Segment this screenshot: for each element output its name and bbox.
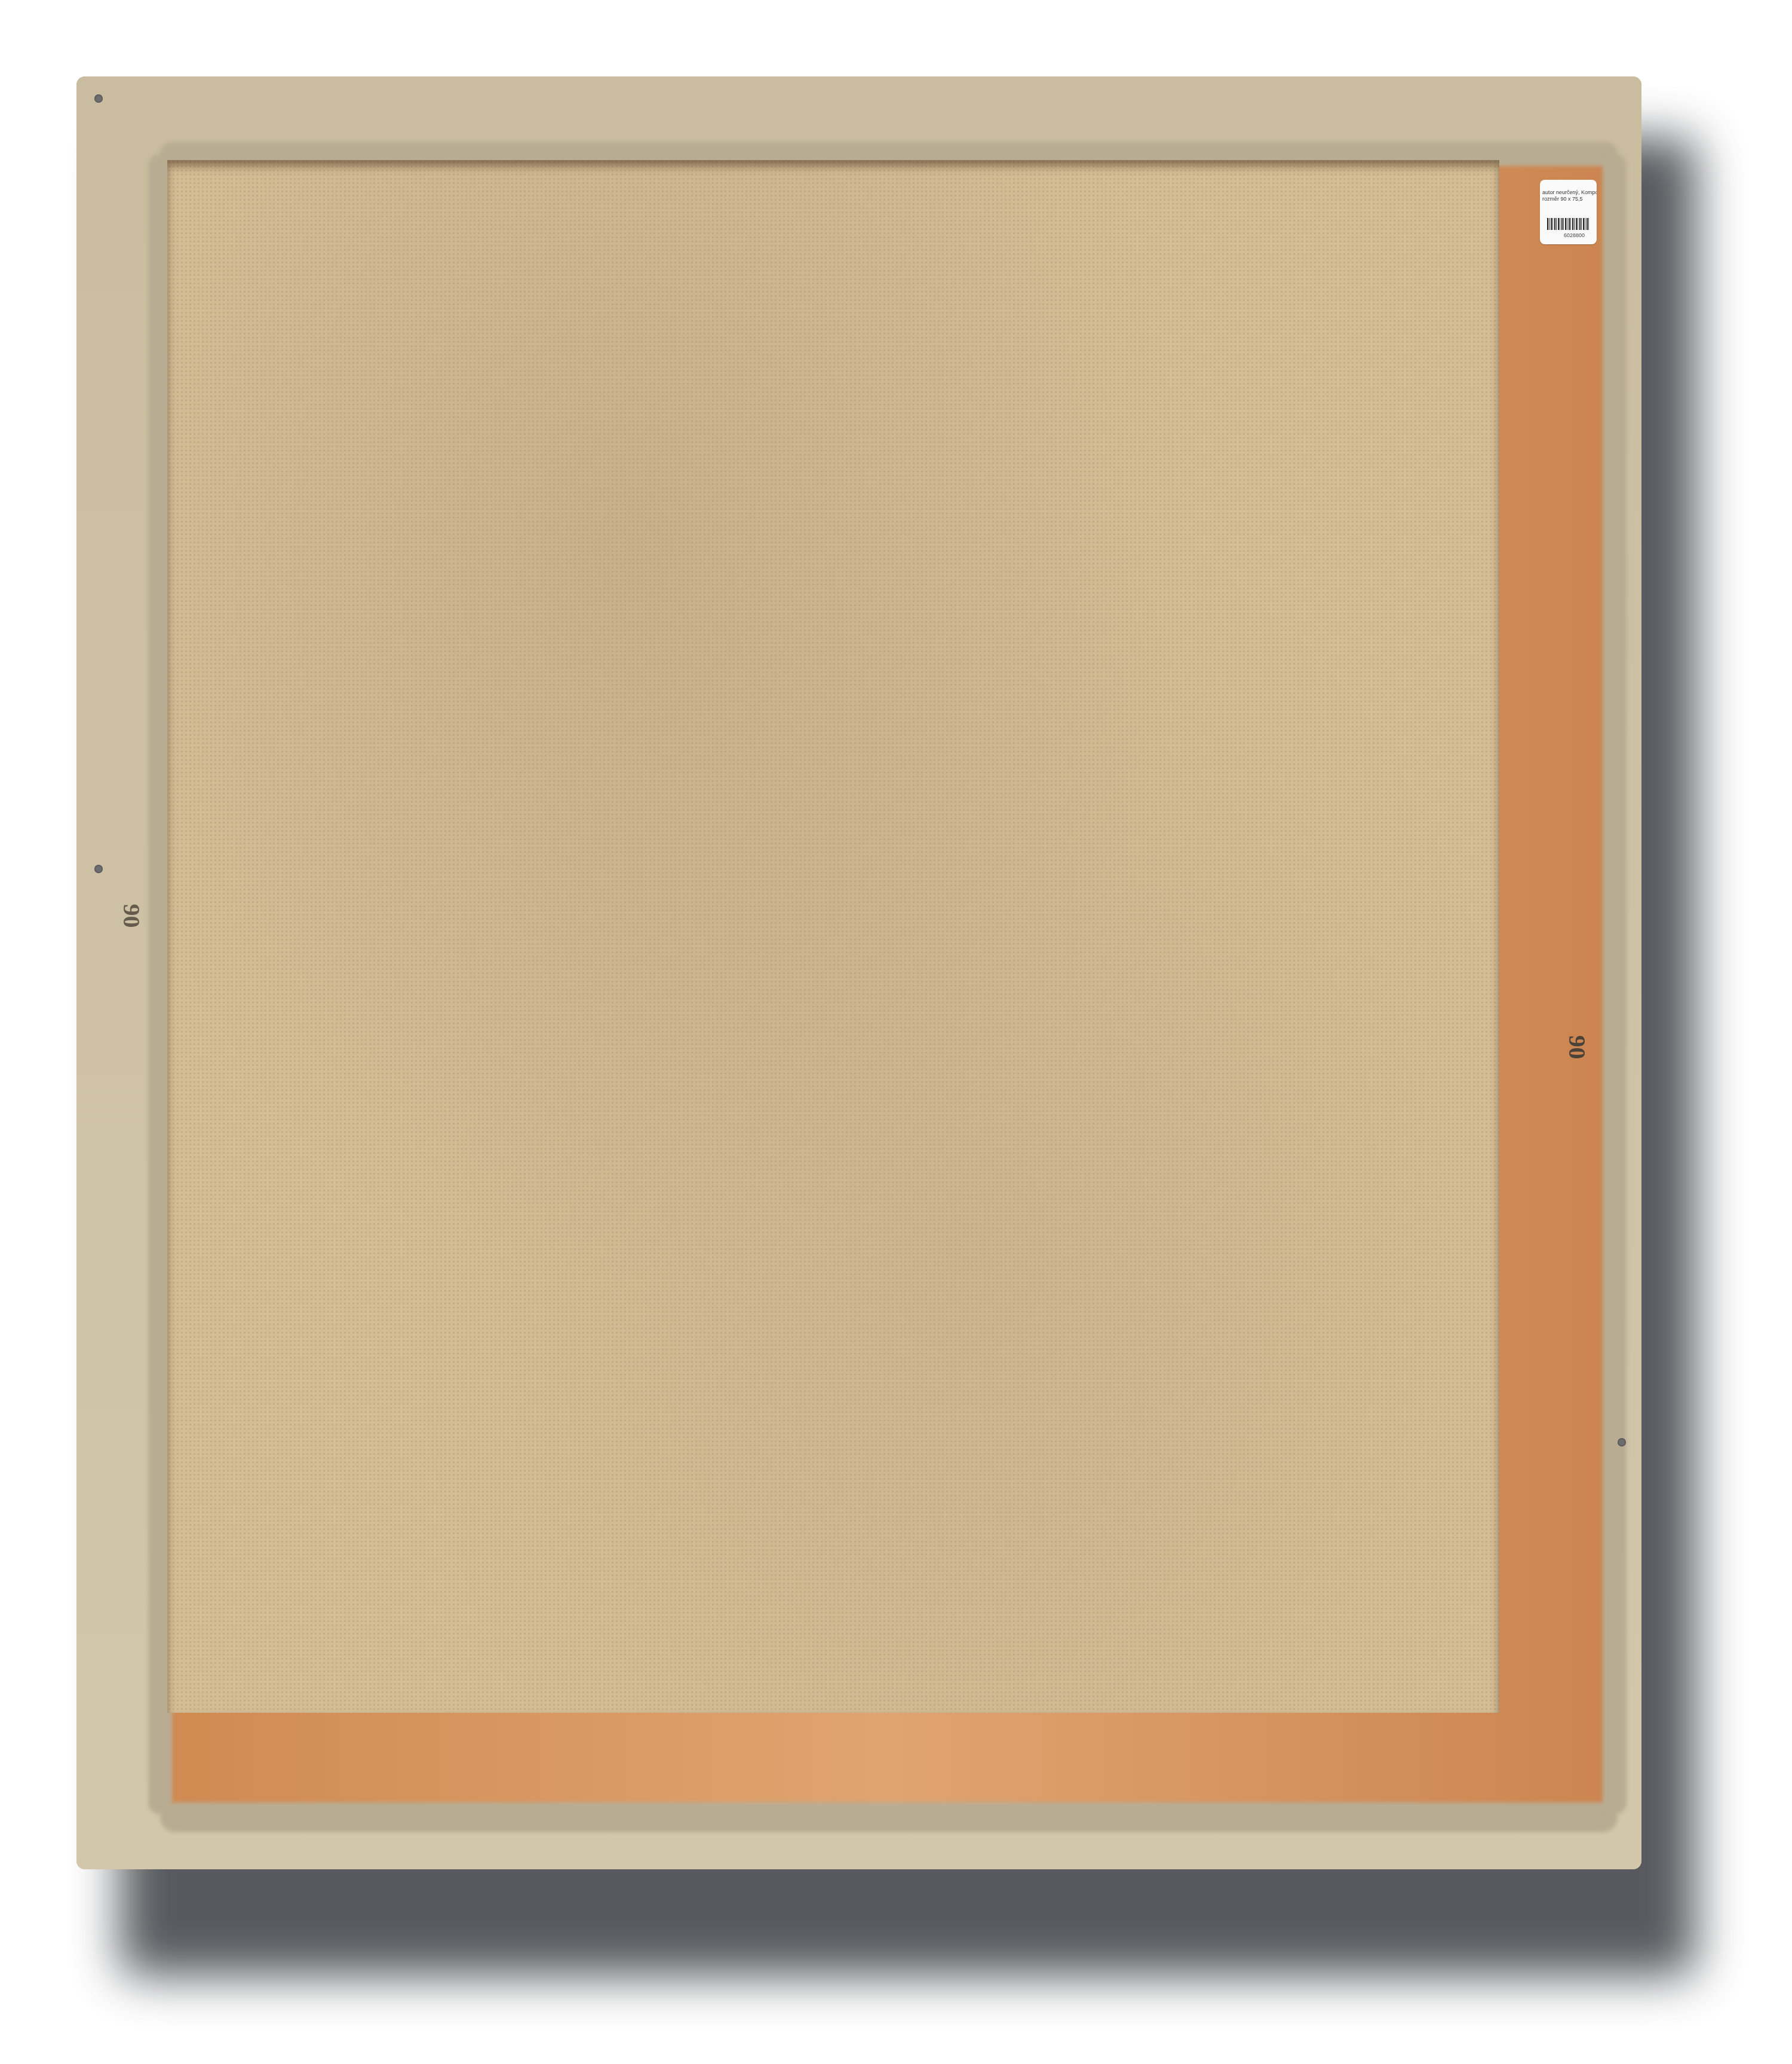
frayed-edge-bottom bbox=[160, 1802, 1618, 1832]
tack-icon bbox=[94, 94, 103, 103]
stretcher-size-mark-right: 90 bbox=[1563, 1036, 1591, 1059]
label-size-line: rozměr 90 x 75,5 bbox=[1542, 196, 1594, 202]
frayed-edge-right bbox=[1603, 154, 1627, 1814]
canvas-reverse-surface bbox=[167, 160, 1499, 1713]
barcode-number: 6028800 bbox=[1564, 232, 1585, 239]
label-author-line: autor neurčený, Kompozice bbox=[1542, 189, 1594, 196]
tack-icon bbox=[94, 865, 103, 873]
stretcher-size-mark-left: 90 bbox=[118, 904, 146, 928]
inventory-label: autor neurčený, Kompozice rozměr 90 x 75… bbox=[1540, 180, 1597, 244]
tack-icon bbox=[1618, 1438, 1626, 1446]
barcode-icon bbox=[1547, 218, 1590, 230]
